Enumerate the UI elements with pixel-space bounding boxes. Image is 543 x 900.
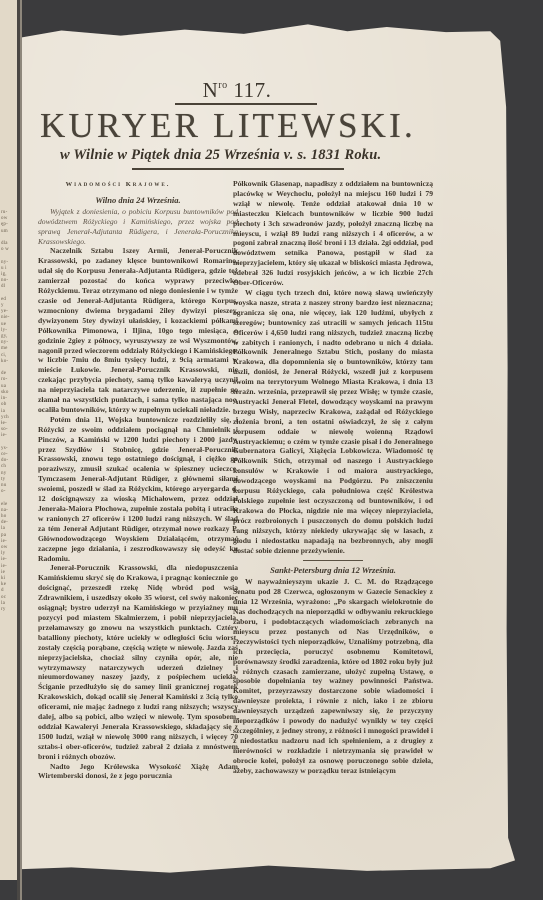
place-date: Wilno dnia 24 Września. — [38, 196, 238, 206]
right-column: Półkownik Glasenap, napadłszy z oddziałe… — [233, 179, 433, 775]
left-column: Wiadomości Krajowe. Wilno dnia 24 Wrześn… — [38, 180, 238, 781]
binding-gutter-shadow — [20, 0, 22, 900]
article-paragraph: Półkownik Glasenap, napadłszy z oddziałe… — [233, 179, 433, 288]
section-heading: Wiadomości Krajowe. — [38, 180, 238, 190]
article-paragraph: W ciągu tych trzech dni, które nową sław… — [233, 288, 433, 555]
newspaper-page: Nro 117. KURYER LITEWSKI. w Wilnie w Pią… — [22, 20, 515, 890]
article-divider — [303, 560, 363, 561]
masthead-rule-bottom — [132, 168, 344, 170]
article-paragraph: Jenerał-Porucznik Krassowski, dla niedop… — [38, 563, 238, 761]
article-summary: Wyjątek z doniesienia, o pobiciu Korpusu… — [38, 207, 238, 247]
article-paragraph: Nadto Jego Królewska Wysokość Xiążę Adam… — [38, 762, 238, 782]
ink-stains — [44, 875, 74, 895]
previous-page-edge: ru- ow ęp- um dla o w ny- u i ig, no- dl… — [0, 0, 17, 880]
newspaper-title: KURYER LITEWSKI. — [40, 106, 440, 146]
article-paragraph: Naczelnik Sztabu 1szey Armii, Jenerał-Po… — [38, 246, 238, 414]
dateline: w Wilnie w Piątek dnia 25 Września v. s.… — [60, 147, 420, 164]
article-paragraph: W nayważnieyszym ukazie J. C. M. do Rząd… — [233, 577, 433, 775]
masthead-rule-top — [175, 103, 317, 105]
article-paragraph: Potém dnia 11, Wojska buntownicze rozdzi… — [38, 415, 238, 564]
previous-page-text: ru- ow ęp- um dla o w ny- u i ig, no- dl… — [1, 210, 10, 613]
place-date: Sankt-Petersburg dnia 12 Września. — [233, 566, 433, 576]
issue-number: Nro 117. — [22, 78, 452, 103]
